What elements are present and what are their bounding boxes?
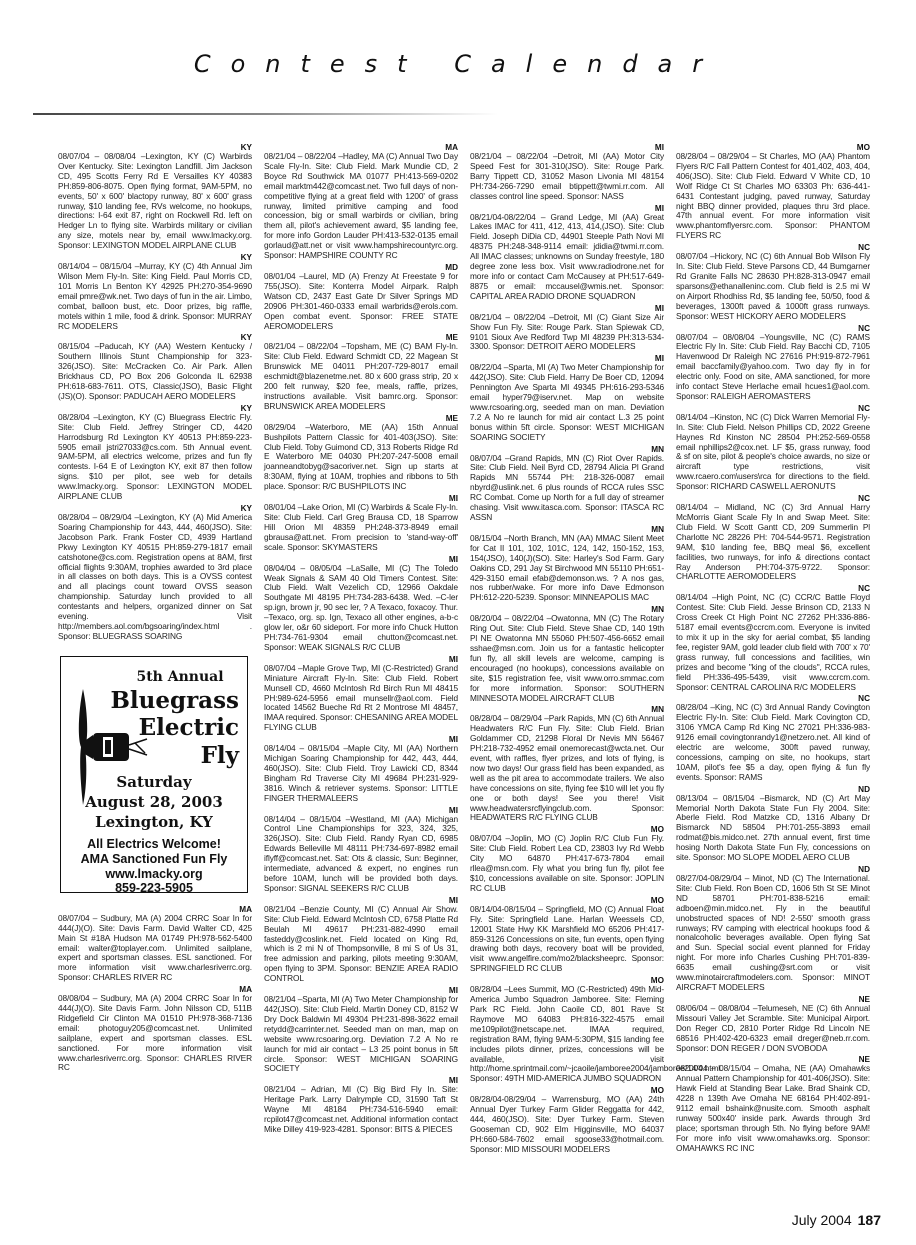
column-4: MO08/28/04 – 08/29/04 – St Charles, MO (…	[676, 143, 870, 1193]
entry-text: 08/14/04 – 08/15/04 –Maple City, MI (AA)…	[264, 744, 458, 803]
entry-text: 08/27/04-08/29/04 – Minot, ND (C) The In…	[676, 874, 870, 993]
ad-sanctioned: AMA Sanctioned Fun Fly	[61, 852, 247, 866]
calendar-entry: KY08/14/04 – 08/15/04 –Murray, KY (C) 4t…	[58, 253, 252, 331]
bluegrass-electric-fly-ad: 5th Annual Bluegrass Electric Fly Saturd…	[60, 656, 248, 893]
calendar-entry: NC08/14/04 –High Point, NC (C) CCR/C Bat…	[676, 584, 870, 692]
calendar-columns: KY08/07/04 – 08/08/04 –Lexington, KY (C)…	[58, 143, 870, 1193]
page-number: 187	[858, 1212, 881, 1228]
ad-day: Saturday	[61, 773, 247, 791]
calendar-entry: MN08/15/04 –North Branch, MN (AA) MMAC S…	[470, 525, 664, 603]
page-footer: July 2004187	[792, 1212, 881, 1228]
entry-text: 08/06/04 – 08/08/04 –Telumeseh, NE (C) 6…	[676, 1004, 870, 1054]
calendar-entry: MI08/21/04 – 08/22/04 –Detroit, MI (AA) …	[470, 143, 664, 202]
calendar-entry: NC08/14/04 –Kinston, NC (C) Dick Warren …	[676, 404, 870, 492]
entry-text: 08/14/04 – 08/15/04 –Westland, MI (AA) M…	[264, 815, 458, 894]
calendar-entry: MO08/07/04 –Joplin, MO (C) Joplin R/C Cl…	[470, 825, 664, 893]
ad-annual: 5th Annual	[121, 669, 239, 685]
calendar-entry: MA08/08/04 – Sudbury, MA (A) 2004 CRRC S…	[58, 985, 252, 1073]
calendar-entry: NE08/14/04 – 08/15/04 – Omaha, NE (AA) O…	[676, 1055, 870, 1153]
ad-welcome: All Electrics Welcome!	[61, 837, 247, 851]
entry-text: 08/28/04-08/29/04 – Warrensburg, MO (AA)…	[470, 1095, 664, 1154]
entry-text: 08/21/04 – 08/22/04 –Detroit, MI (C) Gia…	[470, 313, 664, 353]
calendar-entry: MI08/04/04 – 08/05/04 –LaSalle, MI (C) T…	[264, 555, 458, 653]
calendar-entry: KY08/15/04 –Paducah, KY (AA) Western Ken…	[58, 333, 252, 401]
entry-text: 08/21/04 –Benzie County, MI (C) Annual A…	[264, 905, 458, 984]
entry-text: 08/14/04 – Midland, NC (C) 3rd Annual Ha…	[676, 503, 870, 582]
entry-text: 08/28/04 –Lexington, KY (C) Bluegrass El…	[58, 413, 252, 502]
entry-text: 08/28/04 – 08/29/04 – St Charles, MO (AA…	[676, 152, 870, 241]
entry-text: 08/20/04 – 08/22/04 –Owatonna, MN (C) Th…	[470, 614, 664, 703]
calendar-entry: KY08/28/04 –Lexington, KY (C) Bluegrass …	[58, 404, 252, 502]
calendar-entry: MN08/07/04 –Grand Rapids, MN (C) Riot Ov…	[470, 445, 664, 523]
calendar-entry: MI08/14/04 – 08/15/04 –Westland, MI (AA)…	[264, 806, 458, 894]
calendar-entry: NC08/28/04 –King, NC (C) 3rd Annual Rand…	[676, 694, 870, 782]
entry-text: 08/21/04 – 08/22/04 –Topsham, ME (C) BAM…	[264, 342, 458, 411]
column-1: KY08/07/04 – 08/08/04 –Lexington, KY (C)…	[58, 143, 252, 1193]
calendar-entry: MO08/28/04 – 08/29/04 – St Charles, MO (…	[676, 143, 870, 241]
calendar-entry: MI08/07/04 –Maple Grove Twp, MI (C-Restr…	[264, 655, 458, 733]
calendar-entry: ME08/21/04 – 08/22/04 –Topsham, ME (C) B…	[264, 333, 458, 411]
ad-phone: 859-223-5905	[61, 881, 247, 895]
calendar-entry: MO08/28/04-08/29/04 – Warrensburg, MO (A…	[470, 1086, 664, 1154]
entry-text: 08/14/04-08/15/04 – Springfield, MO (C) …	[470, 905, 664, 974]
calendar-entry: KY08/28/04 – 08/29/04 –Lexington, KY (A)…	[58, 504, 252, 642]
issue-date: July 2004	[792, 1212, 852, 1228]
entry-text: 08/21/04-08/22/04 – Grand Ledge, MI (AA)…	[470, 213, 664, 302]
entry-text: 08/28/04 – 08/29/04 –Lexington, KY (A) M…	[58, 513, 252, 642]
calendar-entry: MI08/01/04 –Lake Orion, MI (C) Warbirds …	[264, 494, 458, 553]
calendar-entry: MI08/14/04 – 08/15/04 –Maple City, MI (A…	[264, 735, 458, 803]
entry-text: 08/21/04 – 08/22/04 –Hadley, MA (C) Annu…	[264, 152, 458, 261]
entry-text: 08/21/04 –Sparta, MI (A) Two Meter Champ…	[264, 995, 458, 1074]
calendar-entry: MA08/07/04 – Sudbury, MA (A) 2004 CRRC S…	[58, 905, 252, 983]
ad-website: www.lmacky.org	[61, 867, 247, 881]
column-3: MI08/21/04 – 08/22/04 –Detroit, MI (AA) …	[470, 143, 664, 1193]
calendar-entry: MO08/14/04-08/15/04 – Springfield, MO (C…	[470, 896, 664, 974]
entry-text: 08/08/04 – Sudbury, MA (A) 2004 CRRC Soa…	[58, 994, 252, 1073]
calendar-entry: KY08/07/04 – 08/08/04 –Lexington, KY (C)…	[58, 143, 252, 251]
calendar-entry: NE08/06/04 – 08/08/04 –Telumeseh, NE (C)…	[676, 995, 870, 1054]
ad-date: August 28, 2003	[61, 793, 247, 811]
entry-text: 08/28/04 –King, NC (C) 3rd Annual Randy …	[676, 703, 870, 782]
entry-text: 08/28/04 –Lees Summit, MO (C-Restricted)…	[470, 985, 664, 1084]
calendar-entry: NC08/14/04 – Midland, NC (C) 3rd Annual …	[676, 494, 870, 582]
column-2: MA08/21/04 – 08/22/04 –Hadley, MA (C) An…	[264, 143, 458, 1193]
entry-text: 08/14/04 –High Point, NC (C) CCR/C Battl…	[676, 593, 870, 692]
calendar-entry: MN08/20/04 – 08/22/04 –Owatonna, MN (C) …	[470, 605, 664, 703]
calendar-entry: MI08/21/04 – 08/22/04 –Detroit, MI (C) G…	[470, 304, 664, 353]
ad-location: Lexington, KY	[61, 813, 247, 831]
calendar-entry: NC08/07/04 – 08/08/04 –Youngsville, NC (…	[676, 324, 870, 402]
entry-text: 08/15/04 –Paducah, KY (AA) Western Kentu…	[58, 342, 252, 401]
ad-fly: Fly	[99, 742, 239, 769]
calendar-entry: NC08/07/04 –Hickory, NC (C) 6th Annual B…	[676, 243, 870, 321]
calendar-entry: MD08/01/04 –Laurel, MD (A) Frenzy At Fre…	[264, 263, 458, 331]
calendar-entry: ND08/13/04 – 08/15/04 –Bismarck, ND (C) …	[676, 785, 870, 863]
page-title: Contest Calendar	[0, 50, 916, 78]
entry-text: 08/01/04 –Laurel, MD (A) Frenzy At Frees…	[264, 272, 458, 331]
calendar-entry: MA08/21/04 – 08/22/04 –Hadley, MA (C) An…	[264, 143, 458, 261]
entry-text: 08/07/04 – 08/08/04 –Lexington, KY (C) W…	[58, 152, 252, 251]
calendar-entry: ND08/27/04-08/29/04 – Minot, ND (C) The …	[676, 865, 870, 993]
calendar-entry: MI08/21/04 –Benzie County, MI (C) Annual…	[264, 896, 458, 984]
calendar-entry: MI08/22/04 –Sparta, MI (A) Two Meter Cha…	[470, 354, 664, 442]
title-divider	[33, 113, 498, 115]
entry-text: 08/07/04 –Maple Grove Twp, MI (C-Restric…	[264, 664, 458, 733]
entry-text: 08/04/04 – 08/05/04 –LaSalle, MI (C) The…	[264, 564, 458, 653]
entry-text: 08/14/04 –Kinston, NC (C) Dick Warren Me…	[676, 413, 870, 492]
calendar-entry: MO08/28/04 –Lees Summit, MO (C-Restricte…	[470, 976, 664, 1084]
calendar-entry: MI08/21/04-08/22/04 – Grand Ledge, MI (A…	[470, 204, 664, 302]
entry-text: 08/07/04 – 08/08/04 –Youngsville, NC (C)…	[676, 333, 870, 402]
entry-text: 08/07/04 –Hickory, NC (C) 6th Annual Bob…	[676, 252, 870, 321]
entry-text: 08/21/04 – Adrian, MI (C) Big Bird Fly I…	[264, 1085, 458, 1135]
ad-bluegrass: Bluegrass	[99, 687, 239, 714]
entry-text: 08/07/04 – Sudbury, MA (A) 2004 CRRC Soa…	[58, 914, 252, 983]
entry-text: 08/28/04 – 08/29/04 –Park Rapids, MN (C)…	[470, 714, 664, 823]
entry-text: 08/07/04 –Grand Rapids, MN (C) Riot Over…	[470, 454, 664, 523]
entry-text: 08/13/04 – 08/15/04 –Bismarck, ND (C) Ar…	[676, 794, 870, 863]
entry-text: 08/14/04 – 08/15/04 –Murray, KY (C) 4th …	[58, 262, 252, 331]
calendar-entry: ME08/29/04 –Waterboro, ME (AA) 15th Annu…	[264, 414, 458, 492]
entry-text: 08/22/04 –Sparta, MI (A) Two Meter Champ…	[470, 363, 664, 442]
calendar-entry: MI08/21/04 – Adrian, MI (C) Big Bird Fly…	[264, 1076, 458, 1135]
calendar-entry: MN08/28/04 – 08/29/04 –Park Rapids, MN (…	[470, 705, 664, 823]
entry-text: 08/29/04 –Waterboro, ME (AA) 15th Annual…	[264, 423, 458, 492]
entry-text: 08/14/04 – 08/15/04 – Omaha, NE (AA) Oma…	[676, 1064, 870, 1153]
entry-text: 08/21/04 – 08/22/04 –Detroit, MI (AA) Mo…	[470, 152, 664, 202]
calendar-entry: MI08/21/04 –Sparta, MI (A) Two Meter Cha…	[264, 986, 458, 1074]
entry-text: 08/01/04 –Lake Orion, MI (C) Warbirds & …	[264, 503, 458, 553]
ad-electric: Electric	[99, 714, 239, 741]
entry-text: 08/07/04 –Joplin, MO (C) Joplin R/C Club…	[470, 834, 664, 893]
entry-text: 08/15/04 –North Branch, MN (AA) MMAC Sil…	[470, 534, 664, 603]
